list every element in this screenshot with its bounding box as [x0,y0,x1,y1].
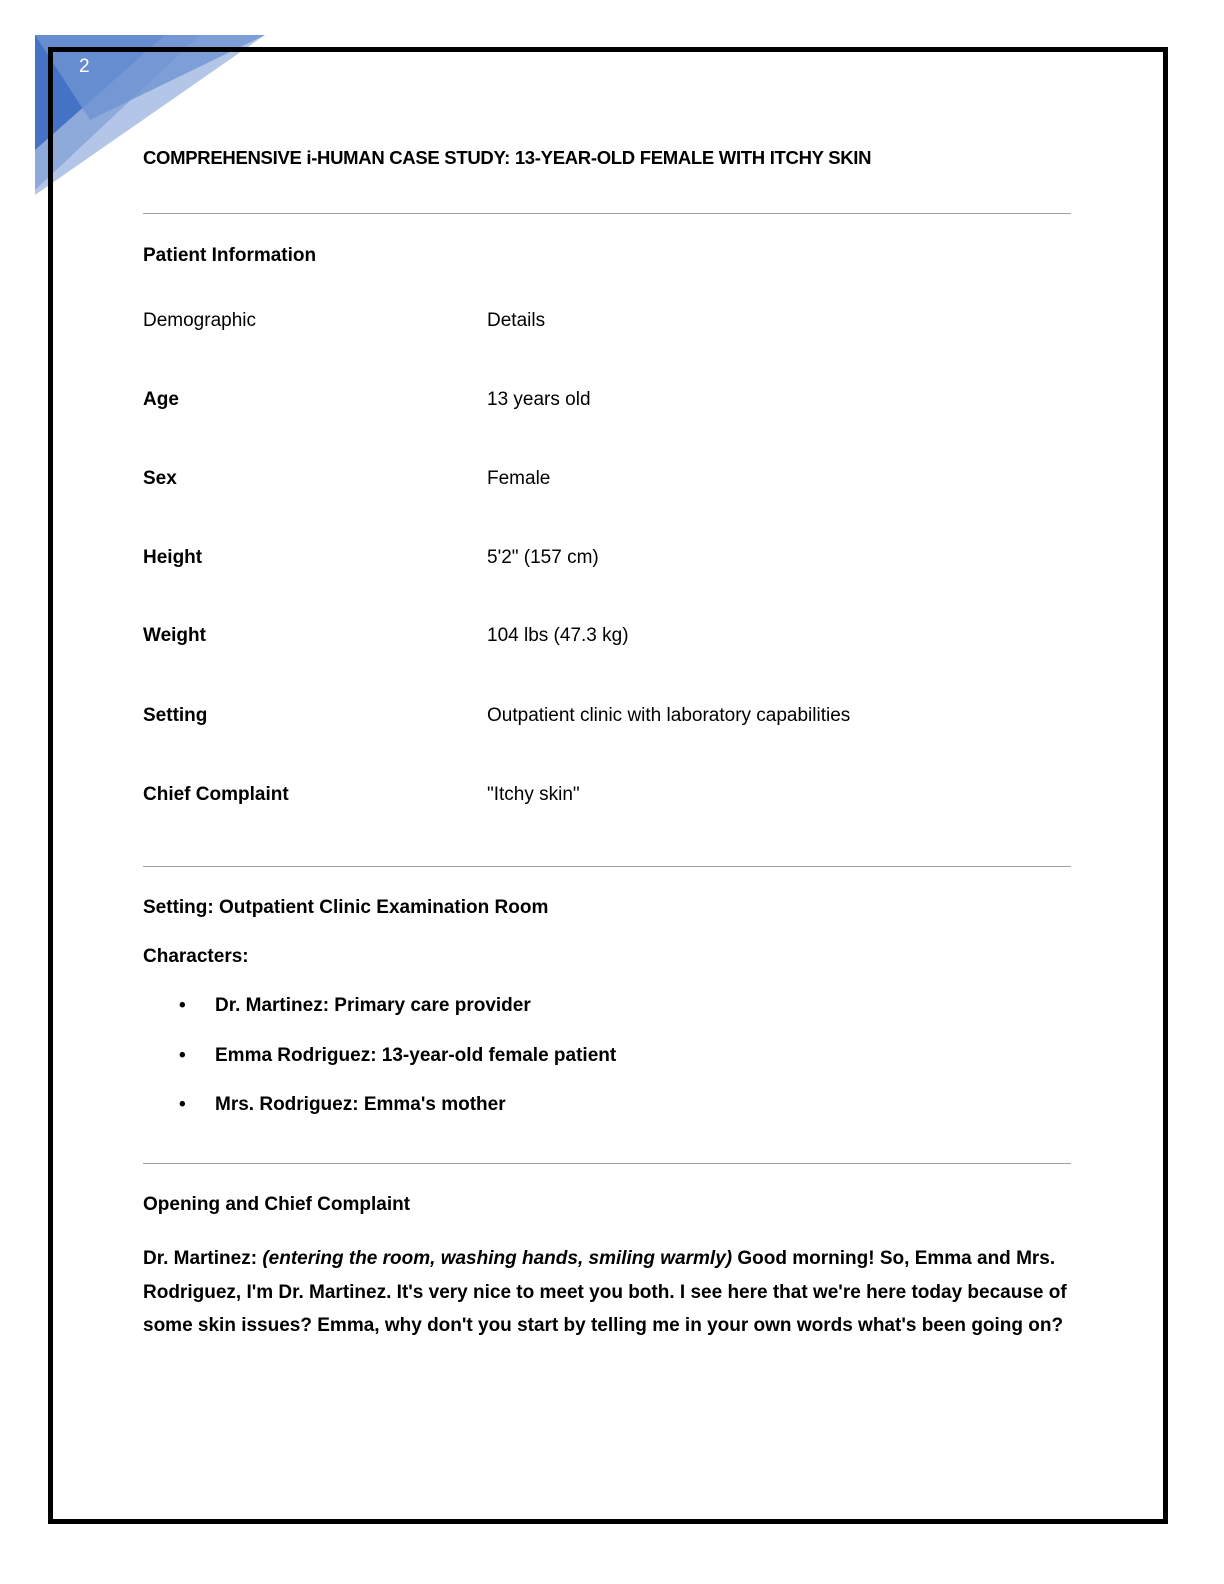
patient-info-heading: Patient Information [143,245,1071,267]
row-label: Age [143,389,179,411]
character-text: Dr. Martinez: Primary care provider [215,995,531,1016]
stage-direction: (entering the room, washing hands, smili… [262,1248,732,1269]
divider [143,213,1071,214]
row-value: 104 lbs (47.3 kg) [487,625,629,647]
opening-paragraph: Dr. Martinez: (entering the room, washin… [143,1242,1071,1343]
row-value: Outpatient clinic with laboratory capabi… [487,705,850,727]
row-value: 13 years old [487,389,591,411]
column-header-demographic: Demographic [143,310,256,332]
setting-heading: Setting: Outpatient Clinic Examination R… [143,897,1071,919]
divider [143,866,1071,867]
opening-heading: Opening and Chief Complaint [143,1194,1071,1216]
row-value: 5'2" (157 cm) [487,547,599,569]
bullet-icon: • [179,1094,186,1116]
column-header-details: Details [487,310,545,332]
divider [143,1163,1071,1164]
character-text: Mrs. Rodriguez: Emma's mother [215,1094,506,1115]
row-label: Sex [143,468,177,490]
row-label: Setting [143,705,207,727]
row-value: "Itchy skin" [487,784,580,806]
bullet-icon: • [179,995,186,1017]
row-label: Chief Complaint [143,784,289,806]
characters-list: • Dr. Martinez: Primary care provider • … [143,995,616,1144]
characters-label: Characters: [143,946,1071,968]
row-value: Female [487,468,550,490]
row-label: Weight [143,625,206,647]
document-title: COMPREHENSIVE i-HUMAN CASE STUDY: 13-YEA… [143,147,1071,169]
list-item: • Dr. Martinez: Primary care provider [143,995,616,1045]
list-item: • Emma Rodriguez: 13-year-old female pat… [143,1045,616,1095]
speaker-label: Dr. Martinez: [143,1248,257,1269]
bullet-icon: • [179,1045,186,1067]
list-item: • Mrs. Rodriguez: Emma's mother [143,1094,616,1144]
row-label: Height [143,547,202,569]
character-text: Emma Rodriguez: 13-year-old female patie… [215,1045,616,1066]
page-number: 2 [79,56,90,78]
